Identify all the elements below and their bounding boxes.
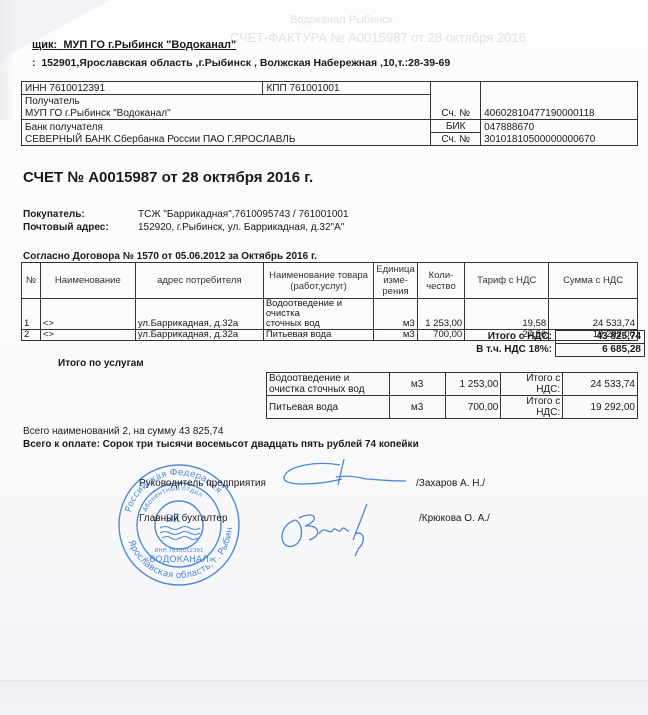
contract-line: Согласно Договора № 1570 от 05.06.2012 з… xyxy=(23,251,317,262)
service-line: сточных вод xyxy=(266,318,320,329)
row-address: ул.Баррикадная, д.32а xyxy=(135,330,263,341)
supplier-name: МУП ГО г.Рыбинск "Водоканал" xyxy=(63,39,236,51)
buyer-value: ТСЖ "Баррикадная",7610095743 / 761001001 xyxy=(138,209,349,220)
items-count-line: Всего наименований 2, на сумму 43 825,74 xyxy=(23,426,223,437)
vat-label: В т.ч. НДС 18%: xyxy=(420,344,556,357)
col-header-sum: Сумма с НДС xyxy=(549,263,638,299)
service-line: Водоотведение и очистка xyxy=(266,298,342,319)
col-header-name: Наименование xyxy=(40,263,135,299)
supplier-address: 152901,Ярославская область ,г.Рыбинск , … xyxy=(41,57,450,69)
row-name: <> xyxy=(40,330,135,341)
svg-text:ИНН 7610012391: ИНН 7610012391 xyxy=(154,548,203,554)
col-header-unit: Единица изме-рения xyxy=(374,263,417,299)
empty-cell xyxy=(431,95,481,108)
total-label: Итого с НДС: xyxy=(420,331,556,344)
svc-service: Водоотведение иочистка сточных вод xyxy=(267,373,390,396)
row-service: Питьевая вода xyxy=(263,330,373,341)
svc-sum: 19 292,00 xyxy=(563,396,638,419)
table-row: 1 <> ул.Баррикадная, д.32а Водоотведение… xyxy=(22,299,638,330)
col-header-quantity: Коли-чество xyxy=(417,263,464,299)
svc-total-label: Итого с НДС: xyxy=(501,396,563,419)
service-line: очистка сточных вод xyxy=(269,384,365,395)
account-number: 40602810477190000118 xyxy=(481,107,638,120)
accountant-signature-icon xyxy=(275,500,375,560)
empty-cell xyxy=(431,82,481,95)
corr-account-label: Сч. № xyxy=(431,133,481,146)
director-signature-icon xyxy=(278,455,408,495)
accountant-label: Главный бухгалтер xyxy=(139,513,228,524)
row-address: ул.Баррикадная, д.32а xyxy=(135,299,263,330)
vat-value: 6 685,28 xyxy=(556,344,645,357)
svc-sum: 24 533,74 xyxy=(563,373,638,396)
postal-label: Почтовый адрес: xyxy=(23,222,109,233)
recipient-label: Получатель xyxy=(22,95,431,108)
row-unit: м3 xyxy=(374,330,417,341)
corr-account: 30101810500000000670 xyxy=(481,133,638,146)
account-label: Сч. № xyxy=(431,107,481,120)
row-quantity: 1 253,00 xyxy=(417,299,464,330)
svc-service: Питьевая вода xyxy=(267,396,390,419)
row-tariff: 19,58 xyxy=(465,299,549,330)
scanned-invoice-page: Водоканал Рыбинск СЧЕТ-ФАКТУРА № А001598… xyxy=(0,0,648,715)
bank-name: СЕВЕРНЫЙ БАНК Сбербанка России ПАО Г.ЯРО… xyxy=(22,133,431,146)
inn-cell: ИНН 7610012391 xyxy=(22,82,263,95)
services-summary-label: Итого по услугам xyxy=(58,358,144,369)
kpp-cell: КПП 761001001 xyxy=(263,82,431,95)
accountant-name: /Крюкова О. А./ xyxy=(419,513,490,524)
director-label: Руководитель предприятия xyxy=(139,478,266,489)
services-summary-table: Водоотведение иочистка сточных вод м3 1 … xyxy=(266,372,638,419)
bank-label: Банк получателя xyxy=(22,120,431,133)
svc-unit: м3 xyxy=(389,396,445,419)
totals-table: Итого с НДС: 43 825,74 В т.ч. НДС 18%: 6… xyxy=(420,330,645,357)
total-value: 43 825,74 xyxy=(556,331,645,344)
bik-label: БИК xyxy=(431,120,481,133)
col-header-number: № xyxy=(22,263,41,299)
row-name: <> xyxy=(40,299,135,330)
svc-quantity: 1 253,00 xyxy=(445,373,501,396)
service-line: Водоотведение и xyxy=(269,373,349,384)
row-unit: м3 xyxy=(374,299,417,330)
row-number: 2 xyxy=(22,330,41,341)
svc-quantity: 700,00 xyxy=(445,396,501,419)
svc-unit: м3 xyxy=(389,373,445,396)
empty-cell xyxy=(481,82,638,95)
buyer-label: Покупатель: xyxy=(23,209,85,220)
col-header-tariff: Тариф с НДС xyxy=(465,263,549,299)
svc-total-label: Итого с НДС: xyxy=(501,373,563,396)
bleed-through-text: СЧЕТ-ФАКТУРА № А0015987 от 28 октября 20… xyxy=(230,30,526,45)
postal-address: 152920, г.Рыбинск, ул. Баррикадная, д.32… xyxy=(138,222,344,233)
supplier-address-label: : xyxy=(32,57,36,69)
bleed-through-text: Водоканал Рыбинск xyxy=(290,14,393,26)
page-fold-crease xyxy=(0,680,648,715)
supplier-address-line: : 152901,Ярославская область ,г.Рыбинск … xyxy=(32,57,450,69)
row-sum: 24 533,74 xyxy=(549,299,638,330)
row-service: Водоотведение и очисткасточных вод xyxy=(263,299,373,330)
empty-cell xyxy=(481,95,638,108)
row-number: 1 xyxy=(22,299,41,330)
table-row: Водоотведение иочистка сточных вод м3 1 … xyxy=(267,373,638,396)
bik-value: 047888670 xyxy=(481,120,638,133)
table-row: Питьевая вода м3 700,00 Итого с НДС: 19 … xyxy=(267,396,638,419)
folded-corner xyxy=(0,0,110,60)
supplier-line: щик: МУП ГО г.Рыбинск "Водоканал" xyxy=(32,39,236,51)
director-name: /Захаров А. Н./ xyxy=(416,478,485,489)
recipient-name: МУП ГО г.Рыбинск "Водоканал" xyxy=(22,107,431,120)
bank-details-table: ИНН 7610012391 КПП 761001001 Получатель … xyxy=(21,81,638,146)
invoice-title: СЧЕТ № А0015987 от 28 октября 2016 г. xyxy=(23,169,313,186)
supplier-label: щик: xyxy=(32,39,57,51)
payable-amount-words: Всего к оплате: Сорок три тысячи восемьс… xyxy=(23,439,419,450)
svg-text:«ВОДОКАНАЛ»: «ВОДОКАНАЛ» xyxy=(144,555,215,565)
col-header-address: адрес потребителя xyxy=(135,263,263,299)
col-header-service: Наименование товара (работ,услуг) xyxy=(263,263,373,299)
